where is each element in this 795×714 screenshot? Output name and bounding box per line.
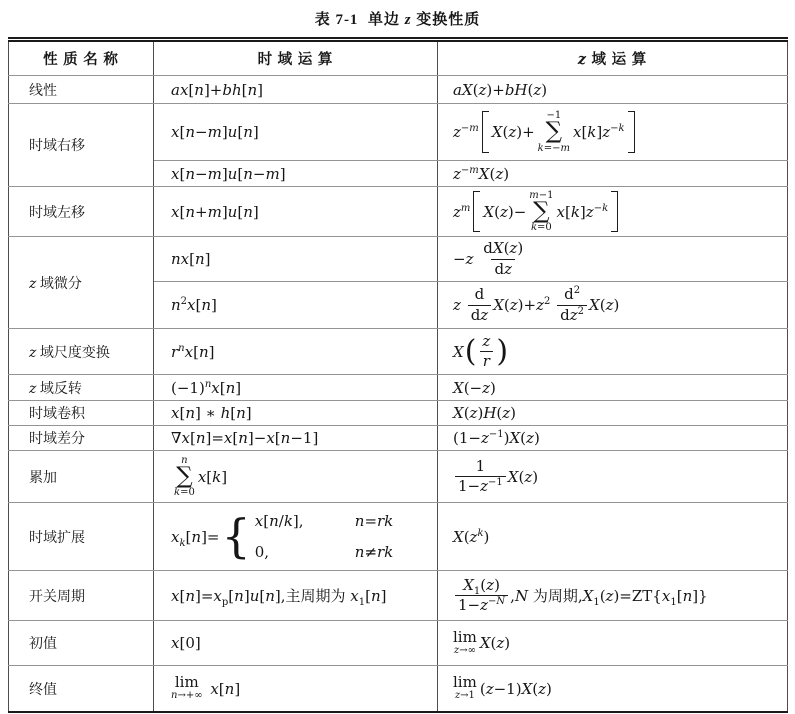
table-row: z 域尺度变换 rnx[n] X(zr): [9, 329, 788, 375]
formula: x[n]=xp[n]u[n],主周期为 x1[n]: [171, 585, 433, 606]
time-domain-cell: ax[n]+bh[n]: [154, 76, 438, 104]
z-domain-cell: X(zr): [438, 329, 788, 375]
formula: X(z)H(z): [453, 404, 783, 422]
formula: z−mX(z): [453, 165, 783, 183]
z-domain-cell: z−mX(z): [438, 161, 788, 187]
z-domain-cell: X1(z)1−z−N,N 为周期,X1(z)=ZT{x1[n]}: [438, 571, 788, 621]
table-row: 时域右移 x[n−m]u[n] z−mX(z)+−1∑k=−mx[k]z−k: [9, 104, 788, 161]
table-row: 时域卷积 x[n] ∗ h[n] X(z)H(z): [9, 401, 788, 426]
time-domain-cell: n2x[n]: [154, 282, 438, 329]
formula: (1−z−1)X(z): [453, 429, 783, 447]
time-domain-cell: x[n−m]u[n]: [154, 104, 438, 161]
time-domain-cell: x[n] ∗ h[n]: [154, 401, 438, 426]
time-domain-cell: x[n]=xp[n]u[n],主周期为 x1[n]: [154, 571, 438, 621]
z-domain-cell: −z dX(z)dz: [438, 237, 788, 282]
property-name-cell: z 域反转: [9, 375, 154, 401]
formula: x[0]: [171, 634, 433, 652]
formula: 11−z−1X(z): [453, 457, 783, 497]
formula: limn→+∞ x[n]: [171, 675, 433, 701]
z-domain-cell: z ddzX(z)+z2 d2dz2X(z): [438, 282, 788, 329]
formula: nx[n]: [171, 250, 433, 268]
formula: xk[n]={x[n/k],n=rk0,n≠rk: [171, 512, 433, 561]
property-name-cell: 时域卷积: [9, 401, 154, 426]
time-domain-cell: (−1)nx[n]: [154, 375, 438, 401]
property-name-cell: z 域微分: [9, 237, 154, 329]
z-domain-cell: 11−z−1X(z): [438, 451, 788, 503]
property-name-cell: 时域差分: [9, 426, 154, 451]
formula: n∑k=0x[k]: [171, 455, 433, 499]
table-row: 时域差分 ∇x[n]=x[n]−x[n−1] (1−z−1)X(z): [9, 426, 788, 451]
z-domain-cell: (1−z−1)X(z): [438, 426, 788, 451]
table-row: 时域扩展 xk[n]={x[n/k],n=rk0,n≠rk X(zk): [9, 503, 788, 571]
formula: rnx[n]: [171, 343, 433, 361]
formula: z ddzX(z)+z2 d2dz2X(z): [453, 285, 783, 325]
property-name-cell: 时域扩展: [9, 503, 154, 571]
property-name-cell: 时域左移: [9, 187, 154, 237]
z-domain-cell: limz→∞X(z): [438, 621, 788, 666]
time-domain-cell: x[n−m]u[n−m]: [154, 161, 438, 187]
formula: x[n+m]u[n]: [171, 203, 433, 221]
time-domain-cell: n∑k=0x[k]: [154, 451, 438, 503]
header-row: 性 质 名 称 时 域 运 算 z 域 运 算: [9, 40, 788, 76]
header-z-domain: z 域 运 算: [438, 40, 788, 76]
z-transform-properties-table: 性 质 名 称 时 域 运 算 z 域 运 算 线性 ax[n]+bh[n] a…: [8, 37, 788, 714]
formula: ∇x[n]=x[n]−x[n−1]: [171, 429, 433, 447]
property-name-cell: 时域右移: [9, 104, 154, 187]
formula: (−1)nx[n]: [171, 379, 433, 397]
property-name-cell: 初值: [9, 621, 154, 666]
header-property-name: 性 质 名 称: [9, 40, 154, 76]
property-name-cell: 线性: [9, 76, 154, 104]
table-row: 终值 limn→+∞ x[n] limz→1(z−1)X(z): [9, 666, 788, 714]
formula: x[n−m]u[n−m]: [171, 165, 433, 183]
formula: X(zr): [453, 332, 783, 372]
time-domain-cell: rnx[n]: [154, 329, 438, 375]
formula: X(zk): [453, 528, 783, 546]
formula: limz→1(z−1)X(z): [453, 675, 783, 701]
property-name-cell: 累加: [9, 451, 154, 503]
property-name-cell: 终值: [9, 666, 154, 714]
z-domain-cell: z−mX(z)+−1∑k=−mx[k]z−k: [438, 104, 788, 161]
z-domain-cell: limz→1(z−1)X(z): [438, 666, 788, 714]
z-domain-cell: zmX(z)−m−1∑k=0x[k]z−k: [438, 187, 788, 237]
time-domain-cell: x[n+m]u[n]: [154, 187, 438, 237]
table-row: 初值 x[0] limz→∞X(z): [9, 621, 788, 666]
property-name-cell: z 域尺度变换: [9, 329, 154, 375]
time-domain-cell: x[0]: [154, 621, 438, 666]
time-domain-cell: ∇x[n]=x[n]−x[n−1]: [154, 426, 438, 451]
formula: ax[n]+bh[n]: [171, 81, 433, 99]
time-domain-cell: xk[n]={x[n/k],n=rk0,n≠rk: [154, 503, 438, 571]
formula: n2x[n]: [171, 296, 433, 314]
z-domain-cell: X(−z): [438, 375, 788, 401]
table-row: 开关周期 x[n]=xp[n]u[n],主周期为 x1[n] X1(z)1−z−…: [9, 571, 788, 621]
table-row: 时域左移 x[n+m]u[n] zmX(z)−m−1∑k=0x[k]z−k: [9, 187, 788, 237]
formula: −z dX(z)dz: [453, 239, 783, 279]
time-domain-cell: nx[n]: [154, 237, 438, 282]
formula: limz→∞X(z): [453, 630, 783, 656]
z-domain-cell: aX(z)+bH(z): [438, 76, 788, 104]
document-page: 表 7-1 单边 z 变换性质 性 质 名 称 时 域 运 算 z 域 运 算 …: [0, 0, 795, 714]
table-row: 累加 n∑k=0x[k] 11−z−1X(z): [9, 451, 788, 503]
formula: z−mX(z)+−1∑k=−mx[k]z−k: [453, 110, 783, 154]
formula: x[n] ∗ h[n]: [171, 404, 433, 422]
table-title: 表 7-1 单边 z 变换性质: [8, 5, 787, 37]
formula: aX(z)+bH(z): [453, 81, 783, 99]
table-row: z 域反转 (−1)nx[n] X(−z): [9, 375, 788, 401]
formula: X1(z)1−z−N,N 为周期,X1(z)=ZT{x1[n]}: [453, 576, 783, 616]
z-domain-cell: X(zk): [438, 503, 788, 571]
z-domain-cell: X(z)H(z): [438, 401, 788, 426]
formula: zmX(z)−m−1∑k=0x[k]z−k: [453, 190, 783, 234]
table-row: 线性 ax[n]+bh[n] aX(z)+bH(z): [9, 76, 788, 104]
time-domain-cell: limn→+∞ x[n]: [154, 666, 438, 714]
formula: x[n−m]u[n]: [171, 123, 433, 141]
header-time-domain: 时 域 运 算: [154, 40, 438, 76]
table-row: z 域微分 nx[n] −z dX(z)dz: [9, 237, 788, 282]
property-name-cell: 开关周期: [9, 571, 154, 621]
formula: X(−z): [453, 379, 783, 397]
